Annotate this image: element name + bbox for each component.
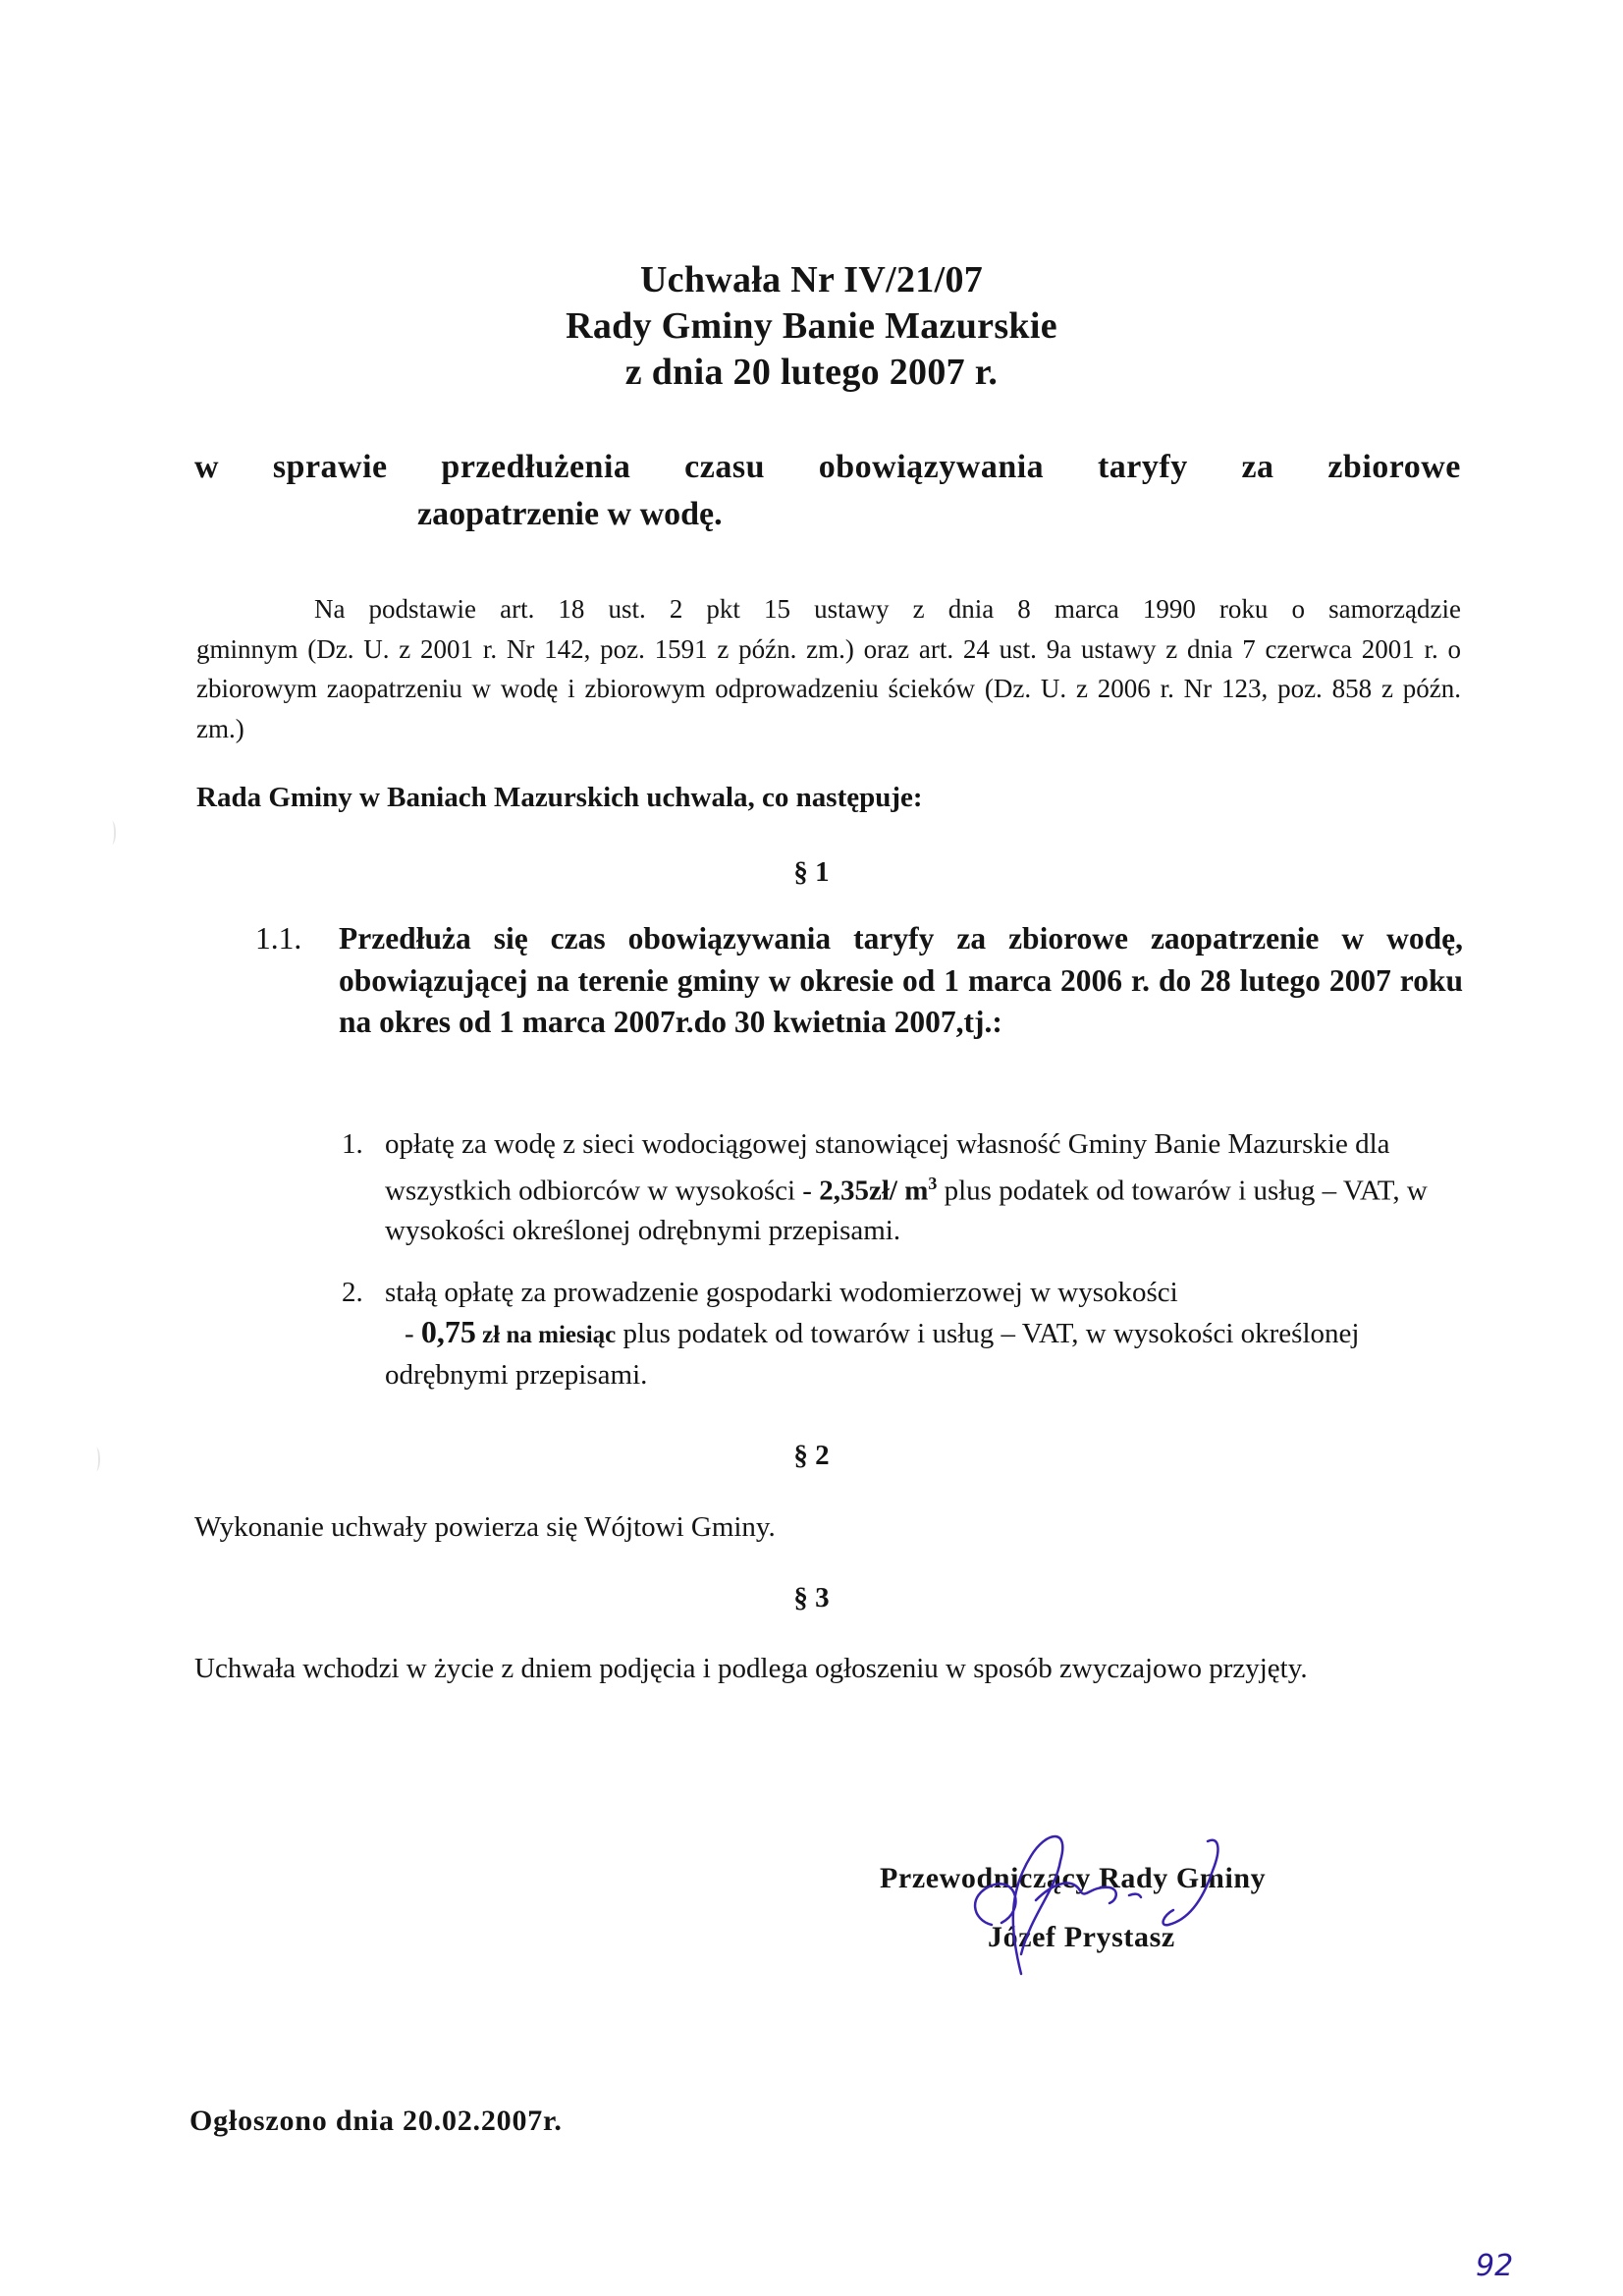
item-dash: -	[385, 1318, 421, 1349]
announcement-date: Ogłoszono dnia 20.02.2007r.	[189, 2105, 563, 2138]
subject-word: taryfy	[1098, 444, 1188, 491]
point-text: Przedłuża się czas obowiązywania taryfy …	[339, 918, 1463, 1044]
legal-basis-rest: gminnym (Dz. U. z 2001 r. Nr 142, poz. 1…	[196, 629, 1461, 749]
subject-word: obowiązywania	[819, 444, 1044, 491]
legal-basis-first-line: Na podstawie art. 18 ust. 2 pkt 15 ustaw…	[196, 589, 1461, 629]
item-text-before: stałą opłatę za prowadzenie gospodarki w…	[385, 1273, 1461, 1312]
item-text: stałą opłatę za prowadzenie gospodarki w…	[385, 1273, 1461, 1394]
legal-basis: Na podstawie art. 18 ust. 2 pkt 15 ustaw…	[196, 589, 1461, 748]
subject-word: zbiorowe	[1327, 444, 1461, 491]
section-3-sign: § 3	[0, 1578, 1623, 1617]
resolves-statement: Rada Gminy w Baniach Mazurskich uchwala,…	[196, 778, 923, 817]
section-3-text: Uchwała wchodzi w życie z dniem podjęcia…	[194, 1648, 1471, 1689]
subject-word: sprawie	[273, 444, 388, 491]
title-line-date: z dnia 20 lutego 2007 r.	[0, 350, 1623, 396]
meter-fee-unit: zł na miesiąc	[476, 1322, 616, 1348]
subject-word: za	[1241, 444, 1273, 491]
item-number: 1.	[342, 1124, 385, 1250]
handwritten-signature	[962, 1817, 1296, 1994]
water-price-unit-exponent: 3	[928, 1174, 937, 1193]
document-title: Uchwała Nr IV/21/07 Rady Gminy Banie Maz…	[0, 257, 1623, 396]
tariff-item-water: 1. opłatę za wodę z sieci wodociągowej s…	[342, 1124, 1461, 1250]
item-text: opłatę za wodę z sieci wodociągowej stan…	[385, 1124, 1461, 1250]
item-number: 2.	[342, 1273, 385, 1394]
title-line-council: Rady Gminy Banie Mazurskie	[0, 303, 1623, 350]
point-number: 1.1.	[255, 918, 339, 1044]
section-1-point-1-1: 1.1. Przedłuża się czas obowiązywania ta…	[255, 918, 1463, 1044]
title-line-number: Uchwała Nr IV/21/07	[0, 257, 1623, 303]
handwritten-page-number: 92	[1476, 2249, 1513, 2283]
subject-word: czasu	[684, 444, 765, 491]
subject-line-1: wsprawieprzedłużeniaczasuobowiązywaniata…	[194, 444, 1461, 491]
section-2-sign: § 2	[0, 1436, 1623, 1475]
subject-word: w	[194, 444, 219, 491]
tariff-item-meter: 2. stałą opłatę za prowadzenie gospodark…	[342, 1273, 1461, 1394]
section-1-sign: § 1	[0, 852, 1623, 892]
subject-line-2: zaopatrzenie w wodę.	[194, 491, 1461, 538]
resolution-subject: wsprawieprzedłużeniaczasuobowiązywaniata…	[194, 444, 1461, 538]
punch-hole-mark	[108, 821, 116, 845]
section-2-text: Wykonanie uchwały powierza się Wójtowi G…	[194, 1506, 1471, 1548]
water-price: 2,35zł/ m	[819, 1175, 928, 1207]
meter-fee: 0,75	[421, 1314, 476, 1349]
subject-word: przedłużenia	[441, 444, 630, 491]
